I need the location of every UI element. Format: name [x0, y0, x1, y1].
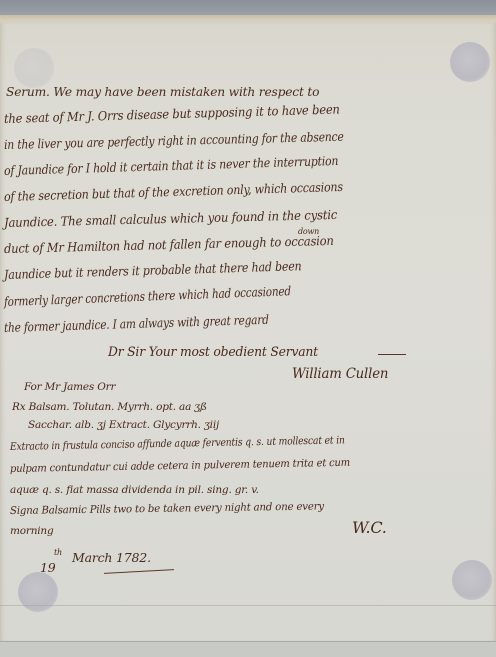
initials: W.C. [352, 518, 387, 537]
mount-spot-bottom-right [452, 560, 492, 600]
prescription-line: Rx Balsam. Tolutan. Myrrh. opt. aa ʒß [12, 401, 207, 413]
prescription-line: morning [10, 525, 54, 537]
prescription-heading: For Mr James Orr [24, 381, 115, 393]
prescription-line: Sacchar. alb. ʒj Extract. Glycyrrh. ʒiij [28, 419, 219, 431]
closing-flourish [378, 354, 406, 355]
date-month-year: March 1782. [72, 550, 151, 565]
mount-spot-bottom-left [18, 572, 58, 612]
closing: Dr Sir Your most obedient Servant [108, 345, 318, 360]
date-suffix: th [54, 548, 62, 557]
mount-spot-top-left [14, 48, 54, 88]
scanner-bottom-band [0, 641, 496, 657]
scanner-top-band [0, 0, 496, 16]
mount-spot-top-right [450, 42, 490, 82]
letter-line: Serum. We may have been mistaken with re… [6, 84, 319, 99]
date-day: 19 [40, 560, 56, 575]
page-fold [0, 605, 496, 606]
prescription-line: aquæ q. s. fiat massa dividenda in pil. … [10, 484, 259, 496]
page-top-edge [0, 15, 496, 25]
signature: William Cullen [292, 366, 388, 382]
